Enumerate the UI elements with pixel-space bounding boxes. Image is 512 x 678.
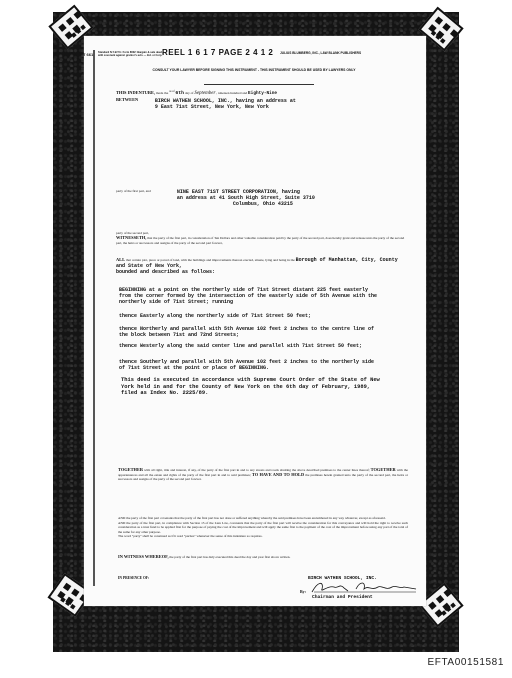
document-id: EFTA00151581 [427, 657, 504, 668]
signature-line: By: [300, 589, 426, 594]
covenant-lien-law: AND the party of the first part, in comp… [118, 521, 408, 535]
deed-page: T 661 Standard N.Y.B.T.U. Form 8002: Bar… [84, 36, 426, 606]
court-order-note: This deed is executed in accordance with… [121, 377, 383, 397]
habendum-label: TO HAVE AND TO HOLD [252, 472, 304, 477]
between-label: BETWEEN [116, 98, 154, 103]
party-second-city: Columbus, Ohio 43215 [177, 201, 315, 207]
together-label: TOGETHER [118, 467, 143, 472]
made-the: made the [156, 91, 168, 95]
legal-description-north: thence Northerly and parallel with 5th A… [119, 326, 381, 338]
witnesseth-text: that the party of the first part, in con… [116, 236, 404, 245]
between-block: BETWEEN BIRCH WATHEN SCHOOL, INC., havin… [116, 98, 386, 110]
form-number: T 661 [83, 52, 93, 57]
divider [204, 84, 314, 85]
publisher: JULIUS BLUMBERG, INC., LAW BLANK PUBLISH… [280, 51, 361, 55]
signature-block: BIRCH WATHEN SCHOOL, INC. By: Chairman a… [300, 576, 426, 600]
reel-page-stamp: REEL 1 6 1 7 PAGE 2 4 1 2 [162, 48, 273, 57]
handwritten-signature [308, 579, 418, 595]
party-second-block: party of the first part, and NINE EAST 7… [116, 189, 396, 207]
bounded-text: bounded and described as follows: [116, 269, 408, 275]
day-value: 6th [175, 91, 184, 96]
party-first-label: party of the first part, and [116, 189, 176, 194]
consult-notice: CONSULT YOUR LAWYER BEFORE SIGNING THIS … [94, 68, 414, 72]
legal-description-south: thence Southerly and parallel with 5th A… [119, 359, 381, 371]
year-text: , nineteen hundred and [216, 91, 247, 95]
covenants-block: AND the party of the first part covenant… [118, 516, 408, 539]
witness-whereof-label: IN WITNESS WHEREOF, [118, 554, 169, 559]
witness-whereof-text: the party of the first part has duly exe… [169, 555, 290, 559]
legal-description-east: thence Easterly along the northerly side… [119, 313, 381, 319]
in-presence-of: IN PRESENCE OF: [118, 576, 149, 581]
form-description: Standard N.Y.B.T.U. Form 8002: Bargain &… [98, 51, 168, 57]
party-first-address: 9 East 71st Street, New York, New York [155, 104, 296, 110]
all-label: ALL [116, 257, 125, 262]
year-value: Eighty-Nine [248, 91, 277, 96]
margin-rule [93, 50, 95, 586]
day-of: day of [185, 91, 194, 95]
covenant-encumbrance: AND the party of the first part covenant… [118, 516, 408, 521]
together-label-2: TOGETHER [371, 467, 396, 472]
signatory-title: Chairman and President [300, 595, 426, 600]
witnesseth-clause: WITNESSETH, that the party of the first … [116, 236, 408, 245]
party-first-details: BIRCH WATHEN SCHOOL, INC., having an add… [155, 98, 296, 110]
month-value: September [194, 91, 215, 96]
by-label: By: [300, 589, 306, 594]
as-of: as of [169, 89, 174, 93]
indenture-line: THIS INDENTURE, made the as of 6th day o… [116, 89, 386, 97]
legal-description-west: thence Westerly along the said center li… [119, 343, 381, 349]
party-second-details: NINE EAST 71ST STREET CORPORATION, havin… [177, 189, 315, 207]
all-clause: ALL that certain plot, piece or parcel o… [116, 257, 408, 275]
together-clause: TOGETHER with all right, title and inter… [118, 468, 408, 482]
indenture-label: THIS INDENTURE, [116, 90, 155, 95]
witnesseth-label: WITNESSETH, [116, 235, 146, 240]
witness-whereof: IN WITNESS WHEREOF, the party of the fir… [118, 555, 408, 560]
covenant-party-definition: The word "party" shall be construed as i… [118, 534, 408, 539]
legal-description-beginning: BEGINNING at a point on the northerly si… [119, 287, 381, 305]
all-text: that certain plot, piece or parcel of la… [126, 258, 295, 262]
